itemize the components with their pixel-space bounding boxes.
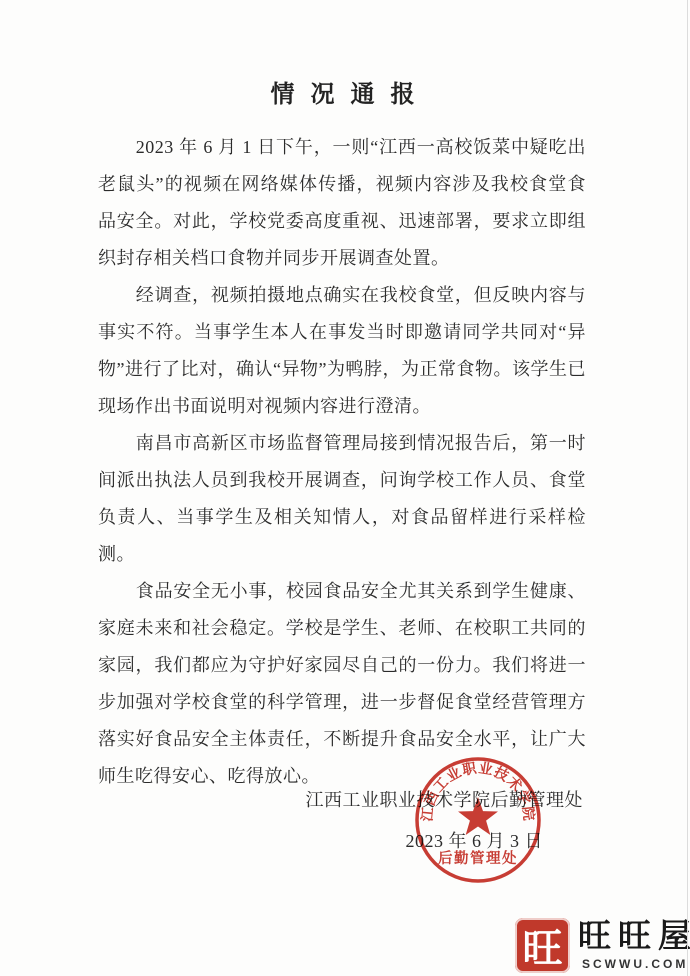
official-seal-stamp: 江西工业职业技术学院 后勤管理处 — [412, 755, 544, 887]
watermark-logo: 旺 旺旺屋 SCWWU.COM — [515, 918, 690, 973]
watermark-site-name: 旺旺屋 — [578, 918, 690, 956]
document-body: 2023 年 6 月 1 日下午，一则“江西一高校饭菜中疑吃出老鼠头”的视频在网… — [98, 129, 586, 795]
page-title: 情 况 通 报 — [0, 74, 690, 109]
paragraph-2: 经调查，视频拍摄地点确实在我校食堂，但反映内容与事实不符。当事学生本人在事发当时… — [98, 277, 586, 425]
paragraph-1: 2023 年 6 月 1 日下午，一则“江西一高校饭菜中疑吃出老鼠头”的视频在网… — [98, 129, 586, 277]
watermark-site-url: SCWWU.COM — [582, 957, 690, 971]
scan-edge-shadow — [687, 0, 688, 976]
wang-seal-icon: 旺 — [515, 918, 570, 973]
star-icon — [458, 797, 498, 835]
stamp-department-text: 后勤管理处 — [438, 849, 518, 867]
paragraph-3: 南昌市高新区市场监督管理局接到情况报告后，第一时间派出执法人员到我校开展调查，问… — [98, 425, 586, 573]
document-page: 情 况 通 报 2023 年 6 月 1 日下午，一则“江西一高校饭菜中疑吃出老… — [0, 0, 690, 976]
watermark-text: 旺旺屋 SCWWU.COM — [578, 918, 690, 971]
